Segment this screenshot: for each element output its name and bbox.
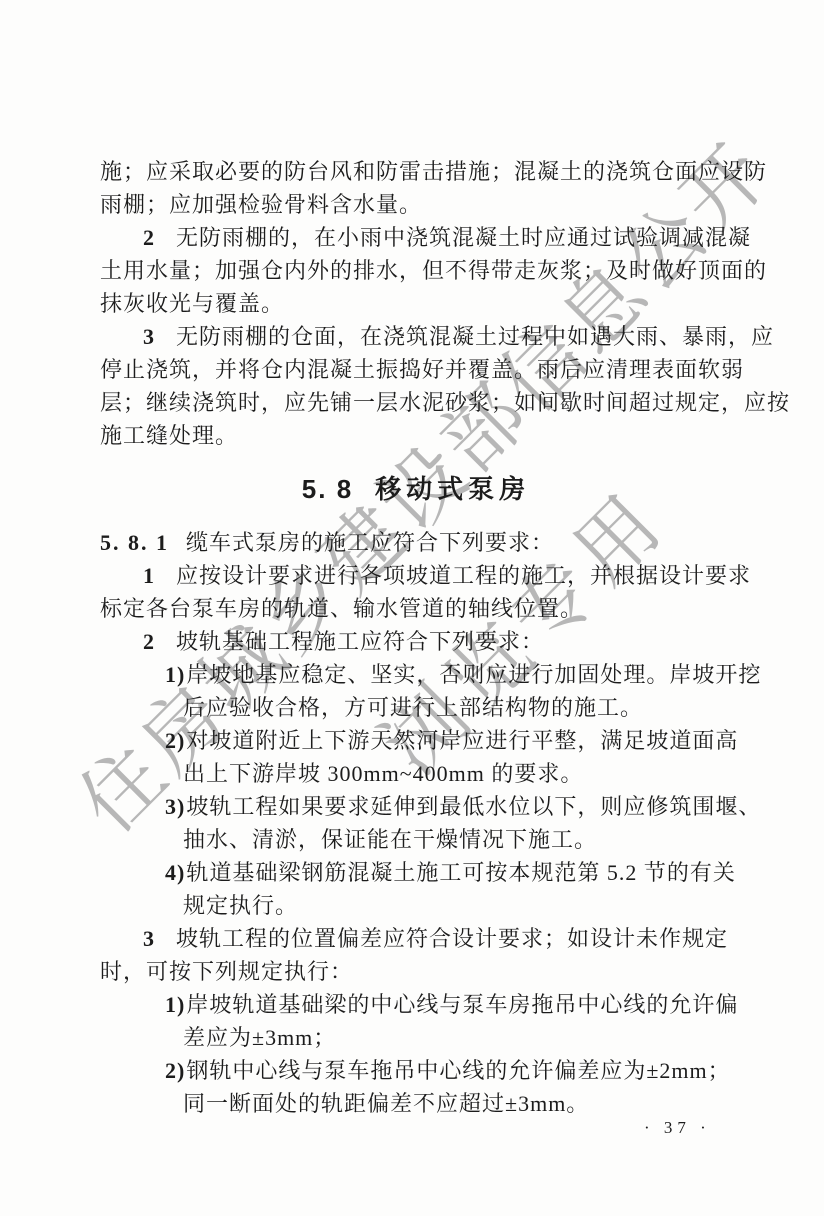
sub-item-line: 2)对坡道附近上下游天然河岸应进行平整，满足坡道面高 [100,724,732,757]
clause-number: 5. 8. 1 [100,530,169,555]
item-text: 应按设计要求进行各项坡道工程的施工，并根据设计要求 [176,563,751,588]
item-number: 1 [143,563,155,588]
item-number: 2 [143,225,155,250]
sub-item-line: 2)钢轨中心线与泵车拖吊中心线的允许偏差应为±2mm； [100,1054,732,1087]
body-text-line: 抹灰收光与覆盖。 [100,287,732,320]
page-body: 施；应采取必要的防台风和防雷击措施；混凝土的浇筑仓面应设防 雨棚；应加强检验骨料… [100,155,732,1120]
body-text-line: 同一断面处的轨距偏差不应超过±3mm。 [100,1087,732,1120]
body-text-line: 后应验收合格，方可进行上部结构物的施工。 [100,691,732,724]
body-text-line: 时，可按下列规定执行： [100,955,732,988]
sub-item-text: 轨道基础梁钢筋混凝土施工可按本规范第 5.2 节的有关 [186,860,736,885]
sub-item-text: 对坡道附近上下游天然河岸应进行平整，满足坡道面高 [186,728,738,753]
numbered-item-line: 3坡轨工程的位置偏差应符合设计要求；如设计未作规定 [100,922,732,955]
section-title: 移动式泵房 [375,474,530,504]
body-text-line: 规定执行。 [100,889,732,922]
numbered-item-line: 2坡轨基础工程施工应符合下列要求： [100,625,732,658]
item-number: 3 [143,324,155,349]
body-text-line: 差应为±3mm； [100,1021,732,1054]
numbered-item-line: 3无防雨棚的仓面，在浇筑混凝土过程中如遇大雨、暴雨，应 [100,320,732,353]
sub-item-line: 4)轨道基础梁钢筋混凝土施工可按本规范第 5.2 节的有关 [100,856,732,889]
item-text: 无防雨棚的，在小雨中浇筑混凝土时应通过试验调减混凝 [176,225,751,250]
sub-item-text: 岸坡地基应稳定、坚实，否则应进行加固处理。岸坡开挖 [186,662,761,687]
sub-item-line: 1)岸坡地基应稳定、坚实，否则应进行加固处理。岸坡开挖 [100,658,732,691]
clause-text: 缆车式泵房的施工应符合下列要求： [186,530,554,555]
item-number: 2 [143,629,155,654]
document-page: 住房城乡建设部信息公开 浏览专用 施；应采取必要的防台风和防雷击措施；混凝土的浇… [0,0,824,1216]
sub-item-number: 1) [165,662,185,687]
body-text-line: 雨棚；应加强检验骨料含水量。 [100,188,732,221]
body-text-line: 标定各台泵车房的轨道、输水管道的轴线位置。 [100,592,732,625]
section-heading: 5. 8移动式泵房 [100,473,732,506]
item-number: 3 [143,926,155,951]
sub-item-number: 3) [165,794,185,819]
body-text-line: 出上下游岸坡 300mm~400mm 的要求。 [100,757,732,790]
body-text-line: 施工缝处理。 [100,419,732,452]
page-number: · 37 · [644,1118,711,1138]
body-text-line: 层；继续浇筑时，应先铺一层水泥砂浆；如间歇时间超过规定，应按 [100,386,732,419]
numbered-item-line: 2无防雨棚的，在小雨中浇筑混凝土时应通过试验调减混凝 [100,221,732,254]
sub-item-number: 1) [165,992,185,1017]
sub-item-number: 4) [165,860,185,885]
clause-5-8-1-line: 5. 8. 1缆车式泵房的施工应符合下列要求： [100,526,732,559]
section-number: 5. 8 [302,474,353,504]
sub-item-line: 1)岸坡轨道基础梁的中心线与泵车房拖吊中心线的允许偏 [100,988,732,1021]
body-text-line: 土用水量；加强仓内外的排水，但不得带走灰浆；及时做好顶面的 [100,254,732,287]
sub-item-line: 3)坡轨工程如果要求延伸到最低水位以下，则应修筑围堰、 [100,790,732,823]
body-text-line: 施；应采取必要的防台风和防雷击措施；混凝土的浇筑仓面应设防 [100,155,732,188]
sub-item-number: 2) [165,728,185,753]
numbered-item-line: 1应按设计要求进行各项坡道工程的施工，并根据设计要求 [100,559,732,592]
sub-item-text: 坡轨工程如果要求延伸到最低水位以下，则应修筑围堰、 [186,794,761,819]
sub-item-number: 2) [165,1058,185,1083]
item-text: 坡轨基础工程施工应符合下列要求： [176,629,544,654]
body-text-line: 抽水、清淤，保证能在干燥情况下施工。 [100,823,732,856]
sub-item-text: 岸坡轨道基础梁的中心线与泵车房拖吊中心线的允许偏 [186,992,738,1017]
item-text: 坡轨工程的位置偏差应符合设计要求；如设计未作规定 [176,926,728,951]
sub-item-text: 钢轨中心线与泵车拖吊中心线的允许偏差应为±2mm； [186,1058,730,1083]
body-text-line: 停止浇筑，并将仓内混凝土振捣好并覆盖。雨后应清理表面软弱 [100,353,732,386]
item-text: 无防雨棚的仓面，在浇筑混凝土过程中如遇大雨、暴雨，应 [176,324,774,349]
